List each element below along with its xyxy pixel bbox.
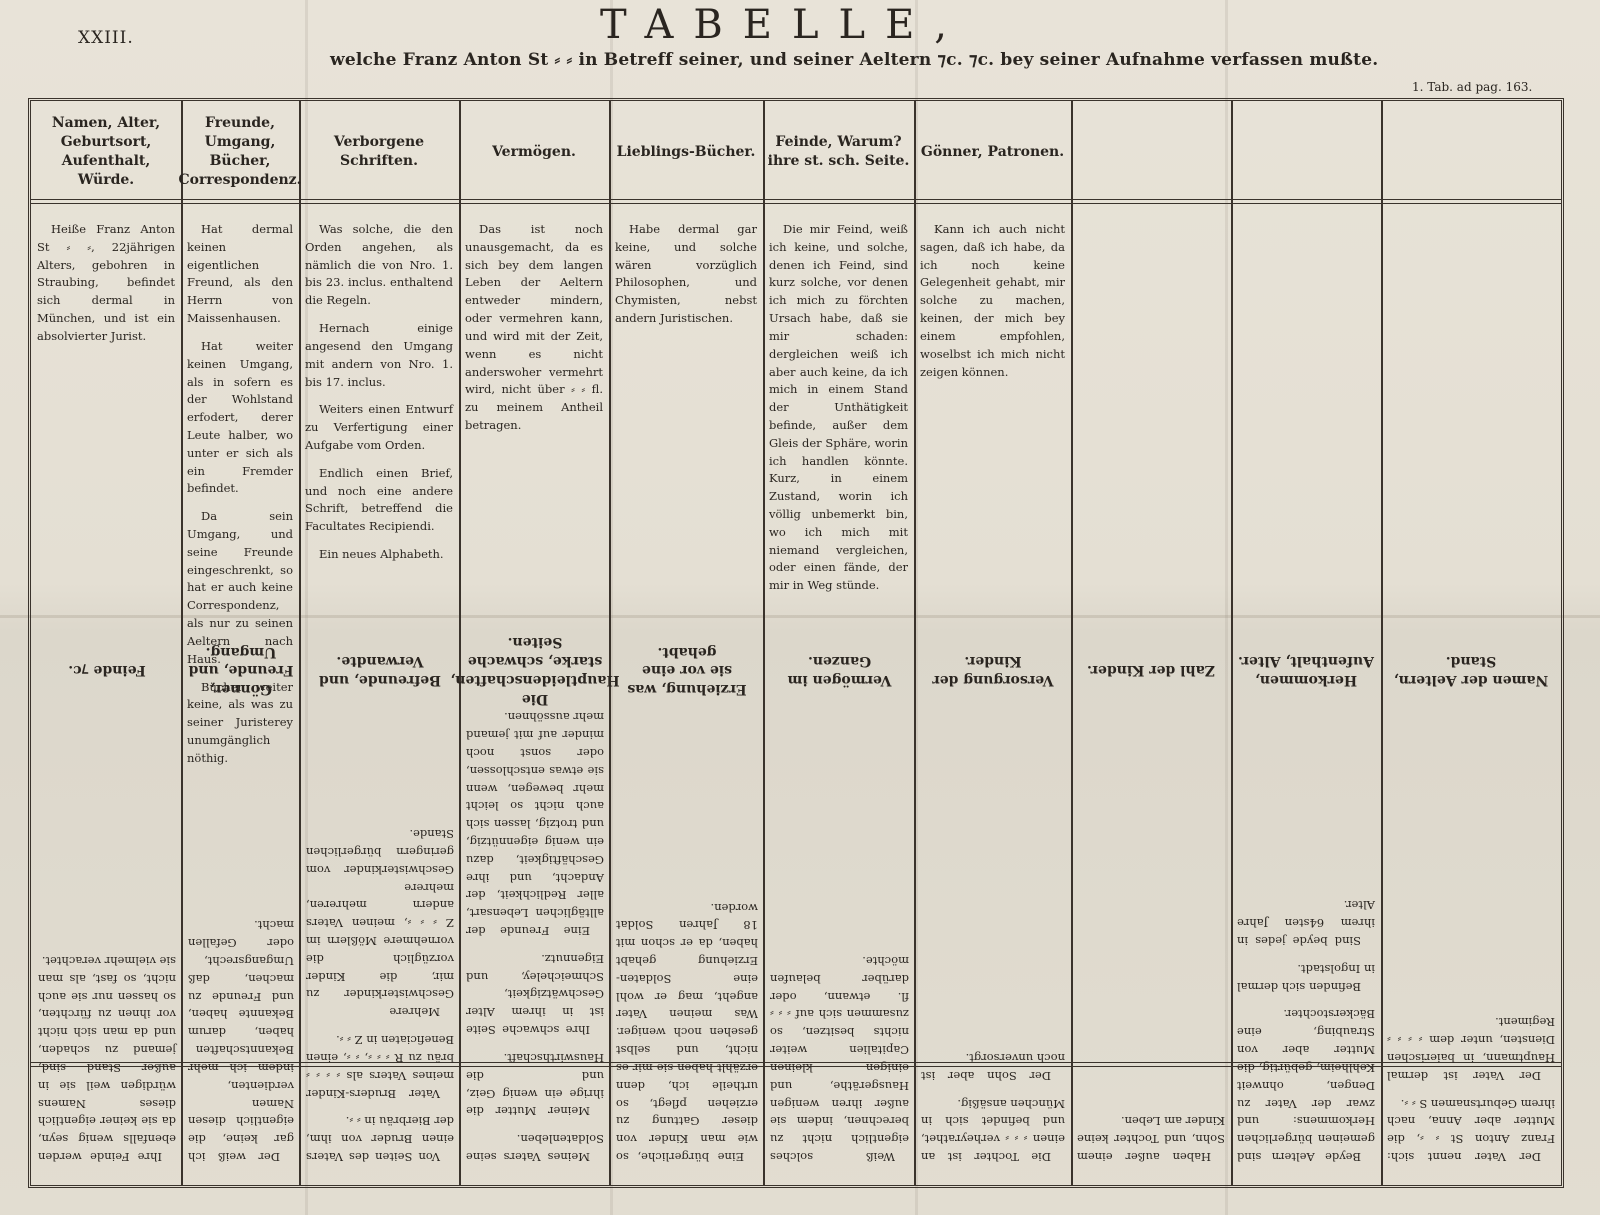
header-goenner: Gönner, Patronen. — [914, 107, 1071, 197]
cell-text: Der Sohn aber ist noch unversorgt. — [921, 1048, 1065, 1084]
cell-text: Weiters einen Entwurf zu Verfertigung ei… — [305, 401, 453, 454]
header-feinde-aeltern: Feinde ⁊c. — [32, 625, 182, 715]
cell-text: Der weiß ich gar keine, die eigentlich d… — [188, 916, 294, 1165]
data-table: Namen, Alter, Geburtsort, Aufenthalt, Wü… — [28, 98, 1564, 1188]
table-reference: 1. Tab. ad pag. 163. — [1412, 80, 1532, 94]
cell-lieblingsbuecher: Habe dermal gar keine, und solche wären … — [609, 221, 763, 338]
cell-text: Meines Vaters seine Soldatenleben. — [466, 1129, 604, 1165]
page-title: TABELLE, — [600, 2, 967, 48]
page-subtitle: welche Franz Anton St ⸗ ⸗ in Betreff sei… — [330, 50, 1378, 70]
cell-namen-aeltern: Der Vater nennt sich: Franz Anton St ⸗ ⸗… — [1381, 1003, 1561, 1166]
plate-number: XXIII. — [78, 28, 134, 48]
header-befreunde: Befreunde, und Verwandte. — [300, 625, 460, 715]
cell-text: Haben außer einem Sohn, und Tochter kein… — [1077, 1112, 1225, 1165]
cell-text: Eine bürgerliche, so wie man Kinder von … — [616, 898, 758, 1165]
header-lieblingsbuecher: Lieblings-Bücher. — [609, 107, 763, 197]
cell-text: Befinden sich dermal in Ingolstadt. — [1237, 959, 1375, 995]
cell-text: Die mir Feind, weiß ich keine, und solch… — [769, 221, 908, 595]
cell-text: Eine Freunde der alltäglichen Lebensart,… — [466, 708, 604, 940]
cell-text: Sind beyde jedes in ihrem 64sten Jahre A… — [1237, 896, 1375, 949]
header-vermoegen: Vermögen. — [459, 107, 609, 197]
cell-goenner-umgang: Der weiß ich gar keine, die eigentlich d… — [182, 906, 300, 1165]
header-vermoegen-ganzen: Vermögen im Ganzen. — [764, 625, 915, 715]
cell-feinde: Die mir Feind, weiß ich keine, und solch… — [763, 221, 914, 605]
header-versorgung: Versorgung der Kinder. — [915, 625, 1071, 715]
cell-text: Hernach einige angesend den Umgang mit a… — [305, 320, 453, 391]
header-freunde: Freunde, Umgang, Bücher, Correspondenz. — [181, 107, 299, 197]
cell-text: Ihre Feinde werden ebenfalls wenig seyn,… — [38, 951, 176, 1165]
cell-text: Kann ich auch nicht sagen, daß ich habe,… — [920, 221, 1065, 381]
cell-goenner: Kann ich auch nicht sagen, daß ich habe,… — [914, 221, 1071, 391]
cell-text: Ein neues Alphabeth. — [305, 546, 453, 564]
header-herkommen: Herkommen, Aufenthalt, Alter. — [1231, 625, 1381, 715]
cell-text: Habe dermal gar keine, und solche wären … — [615, 221, 757, 328]
cell-text: Ihre schwache Seite ist in ihrem Alter G… — [466, 949, 604, 1038]
cell-befreunde: Von Seiten des Vaters einen Bruder von i… — [300, 814, 460, 1165]
cell-text: Hat dermal keinen eigentlichen Freund, a… — [187, 221, 293, 328]
cell-schriften: Was solche, die den Orden angehen, als n… — [299, 221, 459, 574]
cell-text: Heiße Franz Anton St ⸗ ⸗, 22jährigen Alt… — [37, 221, 175, 346]
cell-text: Endlich einen Brief, und noch eine ander… — [305, 465, 453, 536]
cell-leidenschaften: Meines Vaters seine Soldatenleben. Meine… — [460, 698, 610, 1166]
document-sheet: XXIII. TABELLE, welche Franz Anton St ⸗ … — [0, 0, 1600, 1215]
cell-text: Das ist noch unausgemacht, da es sich be… — [465, 221, 603, 435]
cell-text: Vater Bruders-Kinder meines Vaters als ⸗… — [306, 1030, 454, 1101]
header-erziehung: Erziehung, was sie vor eine gehabt. — [610, 625, 764, 715]
header-namen: Namen, Alter, Geburtsort, Aufenthalt, Wü… — [31, 107, 181, 197]
header-schriften: Verborgene Schriften. — [299, 107, 459, 197]
cell-text: Beyde Aeltern sind gemeinen bürgerlichen… — [1237, 1005, 1375, 1165]
cell-namen: Heiße Franz Anton St ⸗ ⸗, 22jährigen Alt… — [31, 221, 181, 356]
cell-text: Weiß solches eigentlich nicht zu berechn… — [770, 951, 909, 1165]
cell-text: Der Vater nennt sich: Franz Anton St ⸗ ⸗… — [1387, 1094, 1555, 1165]
cell-zahl-kinder: Haben außer einem Sohn, und Tochter kein… — [1071, 1102, 1231, 1165]
header-divider — [31, 199, 1561, 204]
cell-text: Meiner Mutter die ihrige ein wenig Geiz,… — [466, 1048, 604, 1119]
header-feinde: Feinde, Warum? ihre st. sch. Seite. — [763, 107, 914, 197]
cell-text: Hat weiter keinen Umgang, als in sofern … — [187, 338, 293, 498]
cell-text: Die Tochter ist an einen ⸗ ⸗ ⸗ verheyrat… — [921, 1094, 1065, 1165]
cell-text: Der Vater ist dermal Hauptmann, in baier… — [1387, 1013, 1555, 1084]
cell-versorgung: Die Tochter ist an einen ⸗ ⸗ ⸗ verheyrat… — [915, 1038, 1071, 1165]
cell-herkommen: Beyde Aeltern sind gemeinen bürgerlichen… — [1231, 886, 1381, 1165]
header-goenner-umgang: Gönner, Freunde, und Umgang. — [182, 625, 300, 715]
header-zahl-kinder: Zahl der Kinder. — [1071, 625, 1231, 715]
cell-vermoegen-ganzen: Weiß solches eigentlich nicht zu berechn… — [764, 941, 915, 1165]
cell-erziehung: Eine bürgerliche, so wie man Kinder von … — [610, 888, 764, 1165]
header-namen-aeltern: Namen der Aeltern, Stand. — [1381, 625, 1561, 715]
cell-feinde-aeltern: Ihre Feinde werden ebenfalls wenig seyn,… — [32, 941, 182, 1165]
cell-text: Von Seiten des Vaters einen Bruder von i… — [306, 1112, 454, 1165]
cell-text: Mehrere Geschwisterkinder zu mir, die Ki… — [306, 824, 454, 1020]
cell-text: Was solche, die den Orden angehen, als n… — [305, 221, 453, 310]
cell-vermoegen: Das ist noch unausgemacht, da es sich be… — [459, 221, 609, 445]
inverted-table-half: Namen der Aeltern, Stand. Herkommen, Auf… — [31, 621, 1561, 1185]
